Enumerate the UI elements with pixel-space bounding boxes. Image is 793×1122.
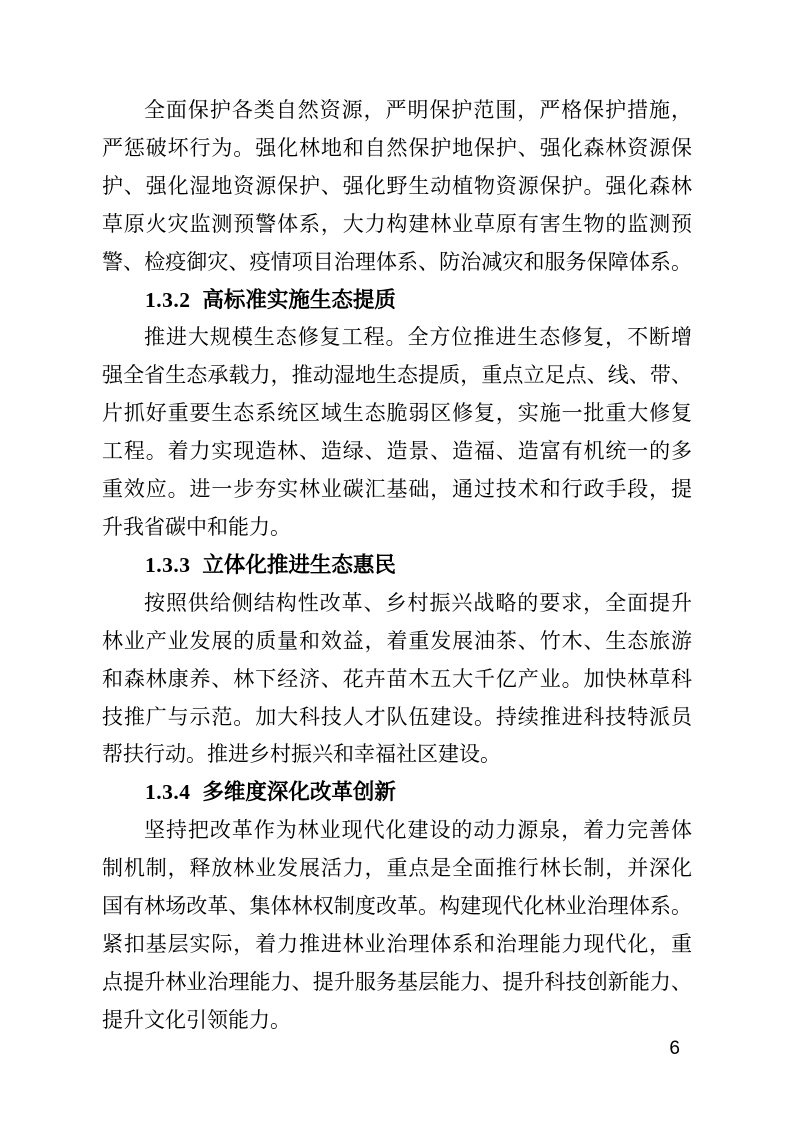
paragraph-line: 和森林康养、林下经济、花卉苗木五大千亿产业。加快林草科 — [102, 661, 692, 699]
paragraph-line: 制机制，释放林业发展活力，重点是全面推行林长制，并深化 — [102, 850, 692, 888]
document-page: 全面保护各类自然资源，严明保护范围，严格保护措施，严惩破坏行为。强化林地和自然保… — [0, 0, 793, 1122]
section-title: 高标准实施生态提质 — [202, 288, 396, 312]
page-number: 6 — [102, 1036, 680, 1062]
paragraph-line: 严惩破坏行为。强化林地和自然保护地保护、强化森林资源保 — [102, 130, 692, 168]
paragraph-line: 推进大规模生态修复工程。全方位推进生态修复，不断增 — [102, 319, 692, 357]
section-heading: 1.3.3立体化推进生态惠民 — [102, 547, 692, 585]
paragraph-line: 草原火灾监测预警体系，大力构建林业草原有害生物的监测预 — [102, 206, 692, 244]
paragraph-line: 护、强化湿地资源保护、强化野生动植物资源保护。强化森林 — [102, 168, 692, 206]
paragraph-line: 紧扣基层实际，着力推进林业治理体系和治理能力现代化，重 — [102, 926, 692, 964]
paragraph-line: 林业产业发展的质量和效益，着重发展油茶、竹木、生态旅游 — [102, 623, 692, 661]
paragraph-line: 点提升林业治理能力、提升服务基层能力、提升科技创新能力、 — [102, 964, 692, 1002]
paragraph: 全面保护各类自然资源，严明保护范围，严格保护措施，严惩破坏行为。强化林地和自然保… — [102, 92, 692, 282]
section-heading: 1.3.2高标准实施生态提质 — [102, 282, 692, 320]
paragraph: 按照供给侧结构性改革、乡村振兴战略的要求，全面提升林业产业发展的质量和效益，着重… — [102, 585, 692, 775]
paragraph-line: 升我省碳中和能力。 — [102, 509, 692, 547]
paragraph: 坚持把改革作为林业现代化建设的动力源泉，着力完善体制机制，释放林业发展活力，重点… — [102, 812, 692, 1039]
paragraph-line: 坚持把改革作为林业现代化建设的动力源泉，着力完善体 — [102, 812, 692, 850]
paragraph-line: 工程。着力实现造林、造绿、造景、造福、造富有机统一的多 — [102, 433, 692, 471]
section-number: 1.3.4 — [145, 780, 191, 804]
paragraph-line: 强全省生态承载力，推动湿地生态提质，重点立足点、线、带、 — [102, 357, 692, 395]
section-title: 立体化推进生态惠民 — [202, 553, 396, 577]
paragraph-line: 技推广与示范。加大科技人才队伍建设。持续推进科技特派员 — [102, 699, 692, 737]
section-title: 多维度深化改革创新 — [202, 780, 396, 804]
paragraph-line: 提升文化引领能力。 — [102, 1002, 692, 1040]
paragraph: 推进大规模生态修复工程。全方位推进生态修复，不断增强全省生态承载力，推动湿地生态… — [102, 319, 692, 546]
section-number: 1.3.3 — [145, 553, 191, 577]
document-body: 全面保护各类自然资源，严明保护范围，严格保护措施，严惩破坏行为。强化林地和自然保… — [102, 92, 692, 1040]
paragraph-line: 全面保护各类自然资源，严明保护范围，严格保护措施， — [102, 92, 692, 130]
paragraph-line: 重效应。进一步夯实林业碳汇基础，通过技术和行政手段，提 — [102, 471, 692, 509]
paragraph-line: 按照供给侧结构性改革、乡村振兴战略的要求，全面提升 — [102, 585, 692, 623]
paragraph-line: 警、检疫御灾、疫情项目治理体系、防治减灾和服务保障体系。 — [102, 244, 692, 282]
paragraph-line: 国有林场改革、集体林权制度改革。构建现代化林业治理体系。 — [102, 888, 692, 926]
section-number: 1.3.2 — [145, 288, 191, 312]
paragraph-line: 片抓好重要生态系统区域生态脆弱区修复，实施一批重大修复 — [102, 395, 692, 433]
paragraph-line: 帮扶行动。推进乡村振兴和幸福社区建设。 — [102, 736, 692, 774]
section-heading: 1.3.4多维度深化改革创新 — [102, 774, 692, 812]
